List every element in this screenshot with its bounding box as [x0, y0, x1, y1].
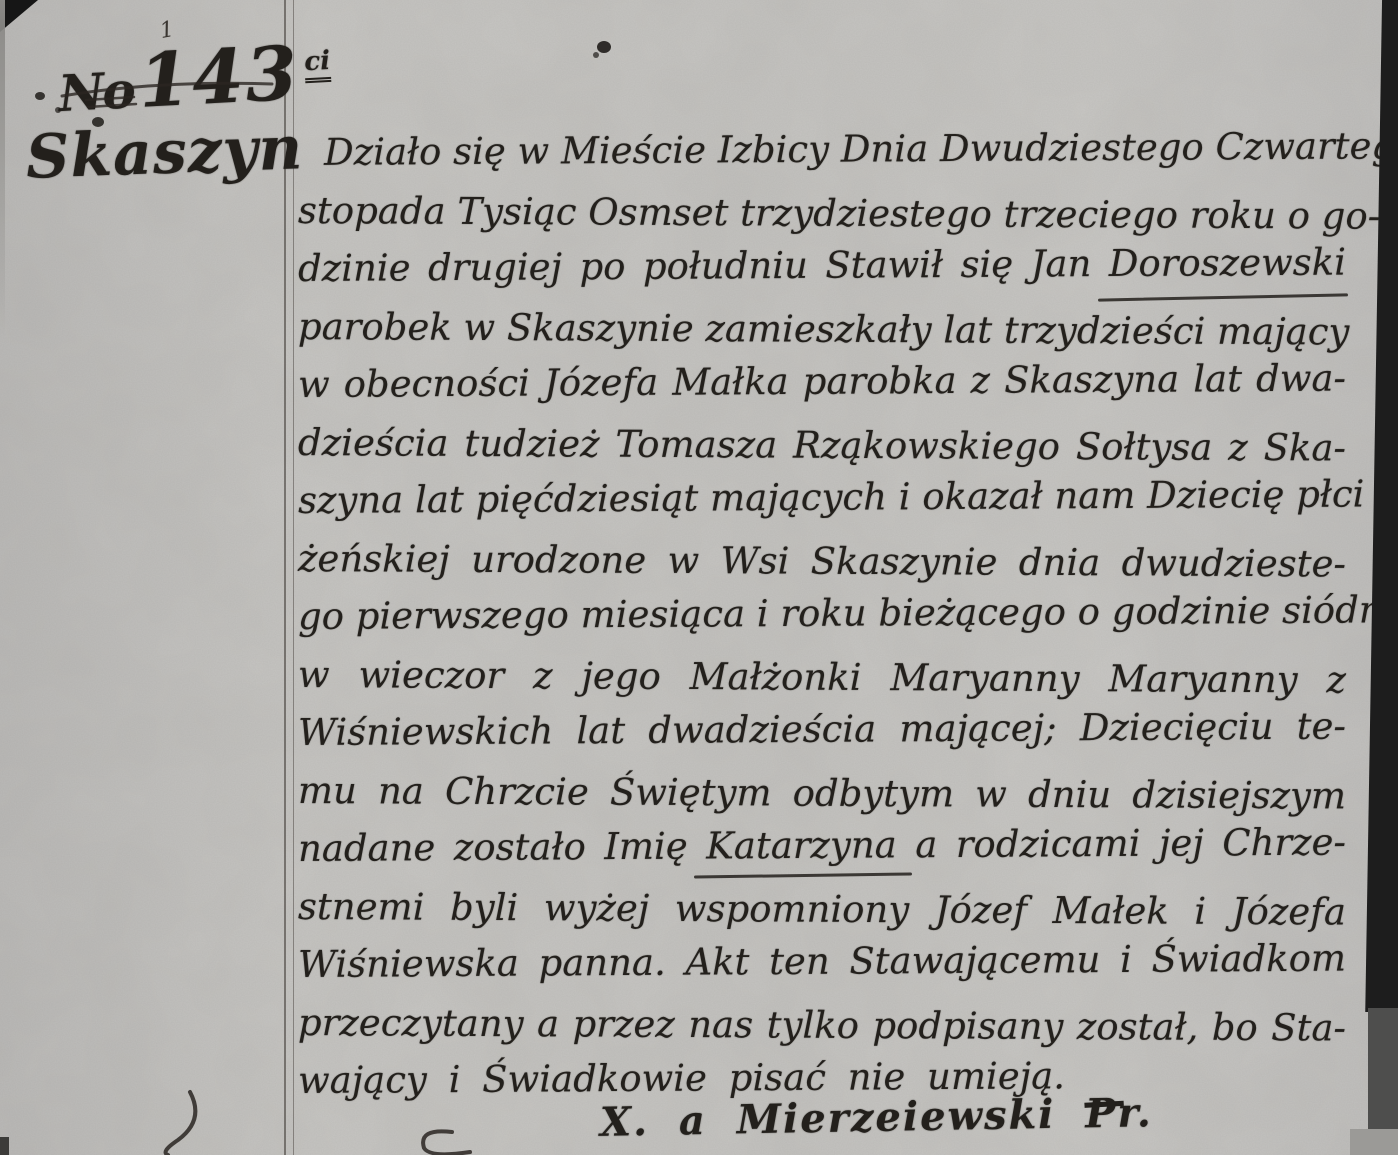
margin-place-name: Skaszyn — [25, 113, 304, 193]
scan-edge-left — [0, 0, 5, 340]
text-line: dzinie drugiej po południu Stawił się Ja… — [298, 234, 1346, 298]
text-line: Działo się w Mieście Izbicy Dnia Dwudzie… — [298, 118, 1346, 182]
scan-corner-bottom-left — [0, 1137, 9, 1155]
text-line: go pierwszego miesiąca i roku bieżącego … — [298, 582, 1346, 646]
priest-signature: X. a Mierzeiewski Pr. — [600, 1089, 1153, 1146]
record-number-suffix: ci — [304, 46, 332, 83]
text-line: w obecności Józefa Małka parobka z Skasz… — [298, 350, 1346, 414]
scan-corner-top-left — [0, 0, 38, 32]
act-body-text: Działo się w Mieście Izbicy Dnia Dwudzie… — [298, 124, 1346, 1110]
text-line: Wiśniewska panna. Akt ten Stawającemu i … — [298, 930, 1346, 994]
text-line: nadane zostało Imię Katarzyna a rodzicam… — [298, 814, 1346, 878]
text-line: szyna lat pięćdziesiąt mających i okazał… — [298, 466, 1346, 530]
text-line: Wiśniewskich lat dwadzieścia mającej; Dz… — [298, 698, 1346, 762]
scan-corner-bottom-right — [1350, 1129, 1398, 1155]
record-number-value: 143 — [136, 31, 301, 125]
record-number-prefix: No — [57, 60, 135, 123]
scanned-register-page: 1 No 143ci Skaszyn Działo się w Mieście … — [0, 0, 1398, 1155]
